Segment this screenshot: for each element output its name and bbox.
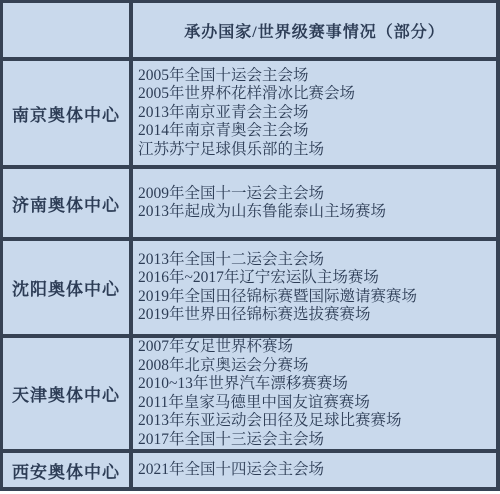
events-cell: 2021年全国十四运会主会场 <box>133 453 496 487</box>
event-line: 2010~13年世界汽车漂移赛赛场 <box>138 375 496 394</box>
venue-label: 沈阳奥体中心 <box>12 275 120 300</box>
event-line: 2013年全国十二运会主会场 <box>138 251 496 270</box>
venue-cell: 天津奥体中心 <box>3 338 129 449</box>
events-cell: 2009年全国十一运会主会场2013年起成为山东鲁能泰山主场赛场 <box>133 169 496 237</box>
venue-cell: 济南奥体中心 <box>3 169 129 237</box>
events-cell: 2007年女足世界杯赛场2008年北京奥运会分赛场2010~13年世界汽车漂移赛… <box>133 338 496 449</box>
event-line: 2019年世界田径锦标赛选拔赛赛场 <box>138 306 496 325</box>
event-line: 2005年世界杯花样滑冰比赛会场 <box>138 85 496 104</box>
header-cell-venue <box>3 3 129 57</box>
event-line: 2021年全国十四运会主会场 <box>138 461 496 480</box>
event-line: 2014年南京青奥会主会场 <box>138 122 496 141</box>
event-line: 2009年全国十一运会主会场 <box>138 185 496 204</box>
events-cell: 2013年全国十二运会主会场2016年~2017年辽宁宏运队主场赛场2019年全… <box>133 241 496 334</box>
venue-label: 南京奥体中心 <box>12 101 120 126</box>
event-line: 2008年北京奥运会分赛场 <box>138 357 496 376</box>
event-line: 2011年皇家马德里中国友谊赛赛场 <box>138 394 496 413</box>
event-line: 江苏苏宁足球俱乐部的主场 <box>138 141 496 160</box>
event-line: 2017年全国十三运会主会场 <box>138 431 496 450</box>
event-line: 2013年南京亚青会主会场 <box>138 104 496 123</box>
event-line: 2016年~2017年辽宁宏运队主场赛场 <box>138 269 496 288</box>
venue-cell: 沈阳奥体中心 <box>3 241 129 334</box>
event-line: 2019年全国田径锦标赛暨国际邀请赛赛场 <box>138 288 496 307</box>
venue-cell: 西安奥体中心 <box>3 453 129 487</box>
table-title: 承办国家/世界级赛事情况（部分） <box>184 19 444 42</box>
venue-cell: 南京奥体中心 <box>3 61 129 165</box>
event-line: 2013年东亚运动会田径及足球比赛赛场 <box>138 412 496 431</box>
events-cell: 2005年全国十运会主会场2005年世界杯花样滑冰比赛会场2013年南京亚青会主… <box>133 61 496 165</box>
header-cell-events: 承办国家/世界级赛事情况（部分） <box>133 3 496 57</box>
venue-label: 天津奥体中心 <box>12 381 120 406</box>
event-line: 2007年女足世界杯赛场 <box>138 338 496 357</box>
venue-label: 西安奥体中心 <box>12 458 120 483</box>
events-table: 承办国家/世界级赛事情况（部分） 南京奥体中心2005年全国十运会主会场2005… <box>0 0 500 491</box>
event-line: 2013年起成为山东鲁能泰山主场赛场 <box>138 203 496 222</box>
page: 承办国家/世界级赛事情况（部分） 南京奥体中心2005年全国十运会主会场2005… <box>0 0 500 494</box>
event-line: 2005年全国十运会主会场 <box>138 67 496 86</box>
venue-label: 济南奥体中心 <box>12 191 120 216</box>
